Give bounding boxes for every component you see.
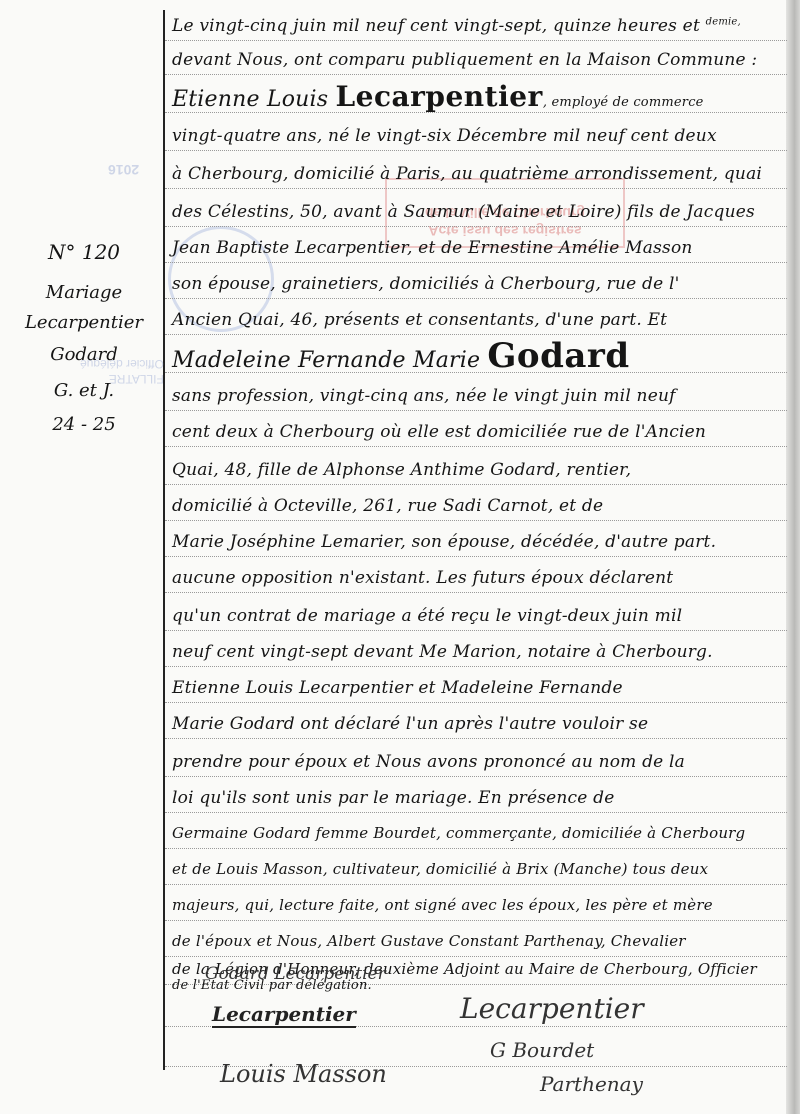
text-line: son épouse, grainetiers, domiciliés à Ch…	[172, 274, 679, 294]
text-line: prendre pour époux et Nous avons prononc…	[172, 752, 685, 772]
register-page: Acte issu des registres de la Ville de C…	[0, 0, 800, 1114]
text-line: sans profession, vingt-cinq ans, née le …	[172, 386, 676, 406]
text-line: Quai, 48, fille de Alphonse Anthime Goda…	[172, 460, 631, 480]
text-line: cent deux à Cherbourg où elle est domici…	[172, 422, 706, 442]
groom-given-names: Etienne Louis	[172, 87, 328, 112]
line-superscript: demie,	[706, 16, 741, 27]
signature-officer: Parthenay	[540, 1072, 643, 1096]
page-edge-shadow	[786, 0, 800, 1114]
groom-surname: Lecarpentier	[335, 80, 542, 113]
text-line: Le vingt-cinq juin mil neuf cent vingt-s…	[172, 16, 741, 36]
text-line: Marie Joséphine Lemarier, son épouse, dé…	[172, 532, 716, 552]
text-line: aucune opposition n'existant. Les futurs…	[172, 568, 673, 588]
text-line: à Cherbourg, domicilié à Paris, au quatr…	[172, 164, 762, 184]
text-line: domicilié à Octeville, 261, rue Sadi Car…	[172, 496, 603, 516]
signature-bourdet: G Bourdet	[490, 1038, 594, 1062]
margin-groom-name: Lecarpentier	[10, 312, 158, 333]
text-line: Etienne Louis Lecarpentier et Madeleine …	[172, 678, 623, 698]
margin-rule	[163, 10, 165, 1070]
text-line: Ancien Quai, 46, présents et consentants…	[172, 310, 667, 330]
text-line: des Célestins, 50, avant à Saumur (Maine…	[172, 202, 755, 222]
text-line: majeurs, qui, lecture faite, ont signé a…	[172, 896, 713, 914]
margin-reference: 24 - 25	[10, 414, 158, 435]
margin-bride-name: Godard	[10, 344, 158, 365]
signature-louis-masson: Louis Masson	[220, 1060, 387, 1088]
text-line: loi qu'ils sont unis par le mariage. En …	[172, 788, 614, 808]
groom-line: Etienne Louis Lecarpentier, employé de c…	[172, 80, 704, 113]
text-line: Germaine Godard femme Bourdet, commerçan…	[172, 824, 745, 842]
text-line: devant Nous, ont comparu publiquement en…	[172, 50, 757, 70]
text-line: de l'époux et Nous, Albert Gustave Const…	[172, 932, 686, 950]
groom-profession: , employé de commerce	[543, 95, 704, 110]
date-stamp: 2016	[108, 162, 139, 178]
margin-act-number: N° 120	[10, 240, 158, 264]
text-line: neuf cent vingt-sept devant Me Marion, n…	[172, 642, 713, 662]
line-text: Le vingt-cinq juin mil neuf cent vingt-s…	[172, 16, 700, 36]
text-line: Marie Godard ont déclaré l'un après l'au…	[172, 714, 648, 734]
signature-bride-groom-row: Godard Lecarpentier	[205, 964, 386, 984]
text-line: et de Louis Masson, cultivateur, domicil…	[172, 860, 708, 878]
text-line: qu'un contrat de mariage a été reçu le v…	[172, 606, 682, 626]
text-line: vingt-quatre ans, né le vingt-six Décemb…	[172, 126, 717, 146]
signature-lecarpentier-father: Lecarpentier	[212, 1002, 356, 1028]
bride-surname: Godard	[487, 336, 629, 376]
bride-given-names: Madeleine Fernande Marie	[172, 348, 480, 373]
bride-line: Madeleine Fernande Marie Godard	[172, 336, 630, 376]
margin-initials: G. et J.	[10, 380, 158, 401]
signature-lecarpentier-groom: Lecarpentier	[460, 992, 644, 1025]
text-line: Jean Baptiste Lecarpentier, et de Ernest…	[172, 238, 693, 258]
margin-act-title: Mariage	[10, 282, 158, 303]
